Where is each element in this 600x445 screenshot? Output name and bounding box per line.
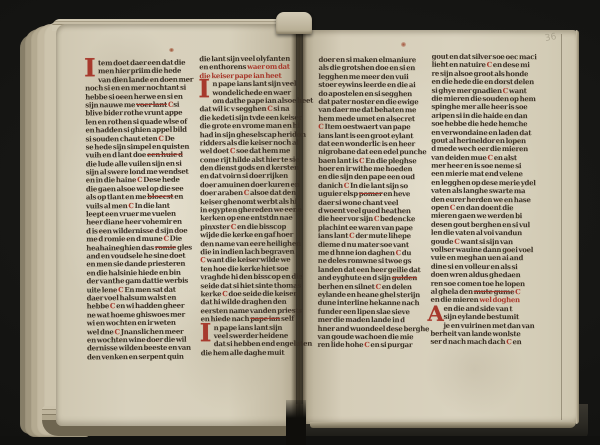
manuscript-line: den venken en serpent quin bbox=[87, 352, 199, 361]
text-segment: den venken en serpent quin bbox=[87, 351, 184, 361]
illuminated-initial: I bbox=[200, 321, 212, 345]
text-segment: en bbox=[512, 337, 522, 346]
right-page-fore-edge bbox=[576, 30, 579, 424]
text-column-right-1: doer en si maken elmaniureals die grotsh… bbox=[317, 56, 424, 350]
text-segment: en si purgar bbox=[369, 340, 412, 349]
text-segment: self bbox=[280, 314, 294, 323]
rust-dot bbox=[169, 48, 174, 52]
spine-headband bbox=[276, 12, 312, 34]
gutter-bottom-shadow bbox=[286, 400, 306, 445]
text-column-left-2: die lant sijn veel olyfantenen enthorens… bbox=[199, 55, 296, 358]
illuminated-initial: I bbox=[84, 56, 96, 80]
illuminated-initial: I bbox=[198, 77, 210, 101]
rust-dot bbox=[401, 42, 406, 47]
manuscript-line: ren lide hohe C en si purgar bbox=[317, 341, 423, 350]
manuscript-line: die hem alle daghe muit bbox=[201, 348, 296, 357]
text-column-right-2: gout en dat silver soe oec macilieht en … bbox=[430, 53, 545, 347]
text-segment: ser d nach mach dach bbox=[430, 337, 506, 346]
right-page-crease bbox=[561, 34, 562, 420]
text-segment: en bbox=[173, 192, 183, 201]
illuminated-initial: A bbox=[427, 302, 443, 326]
text-column-left-1: tem doet daer een dat diemen hier priim … bbox=[85, 59, 199, 362]
right-page-bottom-edge bbox=[310, 422, 576, 428]
pencil-folio-number: 36 bbox=[544, 32, 557, 44]
photo-background: 36 tem doet daer een dat diemen hier pri… bbox=[0, 0, 600, 445]
manuscript-line: ser d nach mach dach C en bbox=[430, 338, 544, 347]
text-segment: die hem alle daghe muit bbox=[201, 347, 285, 356]
text-segment: ren lide hohe bbox=[317, 340, 364, 349]
